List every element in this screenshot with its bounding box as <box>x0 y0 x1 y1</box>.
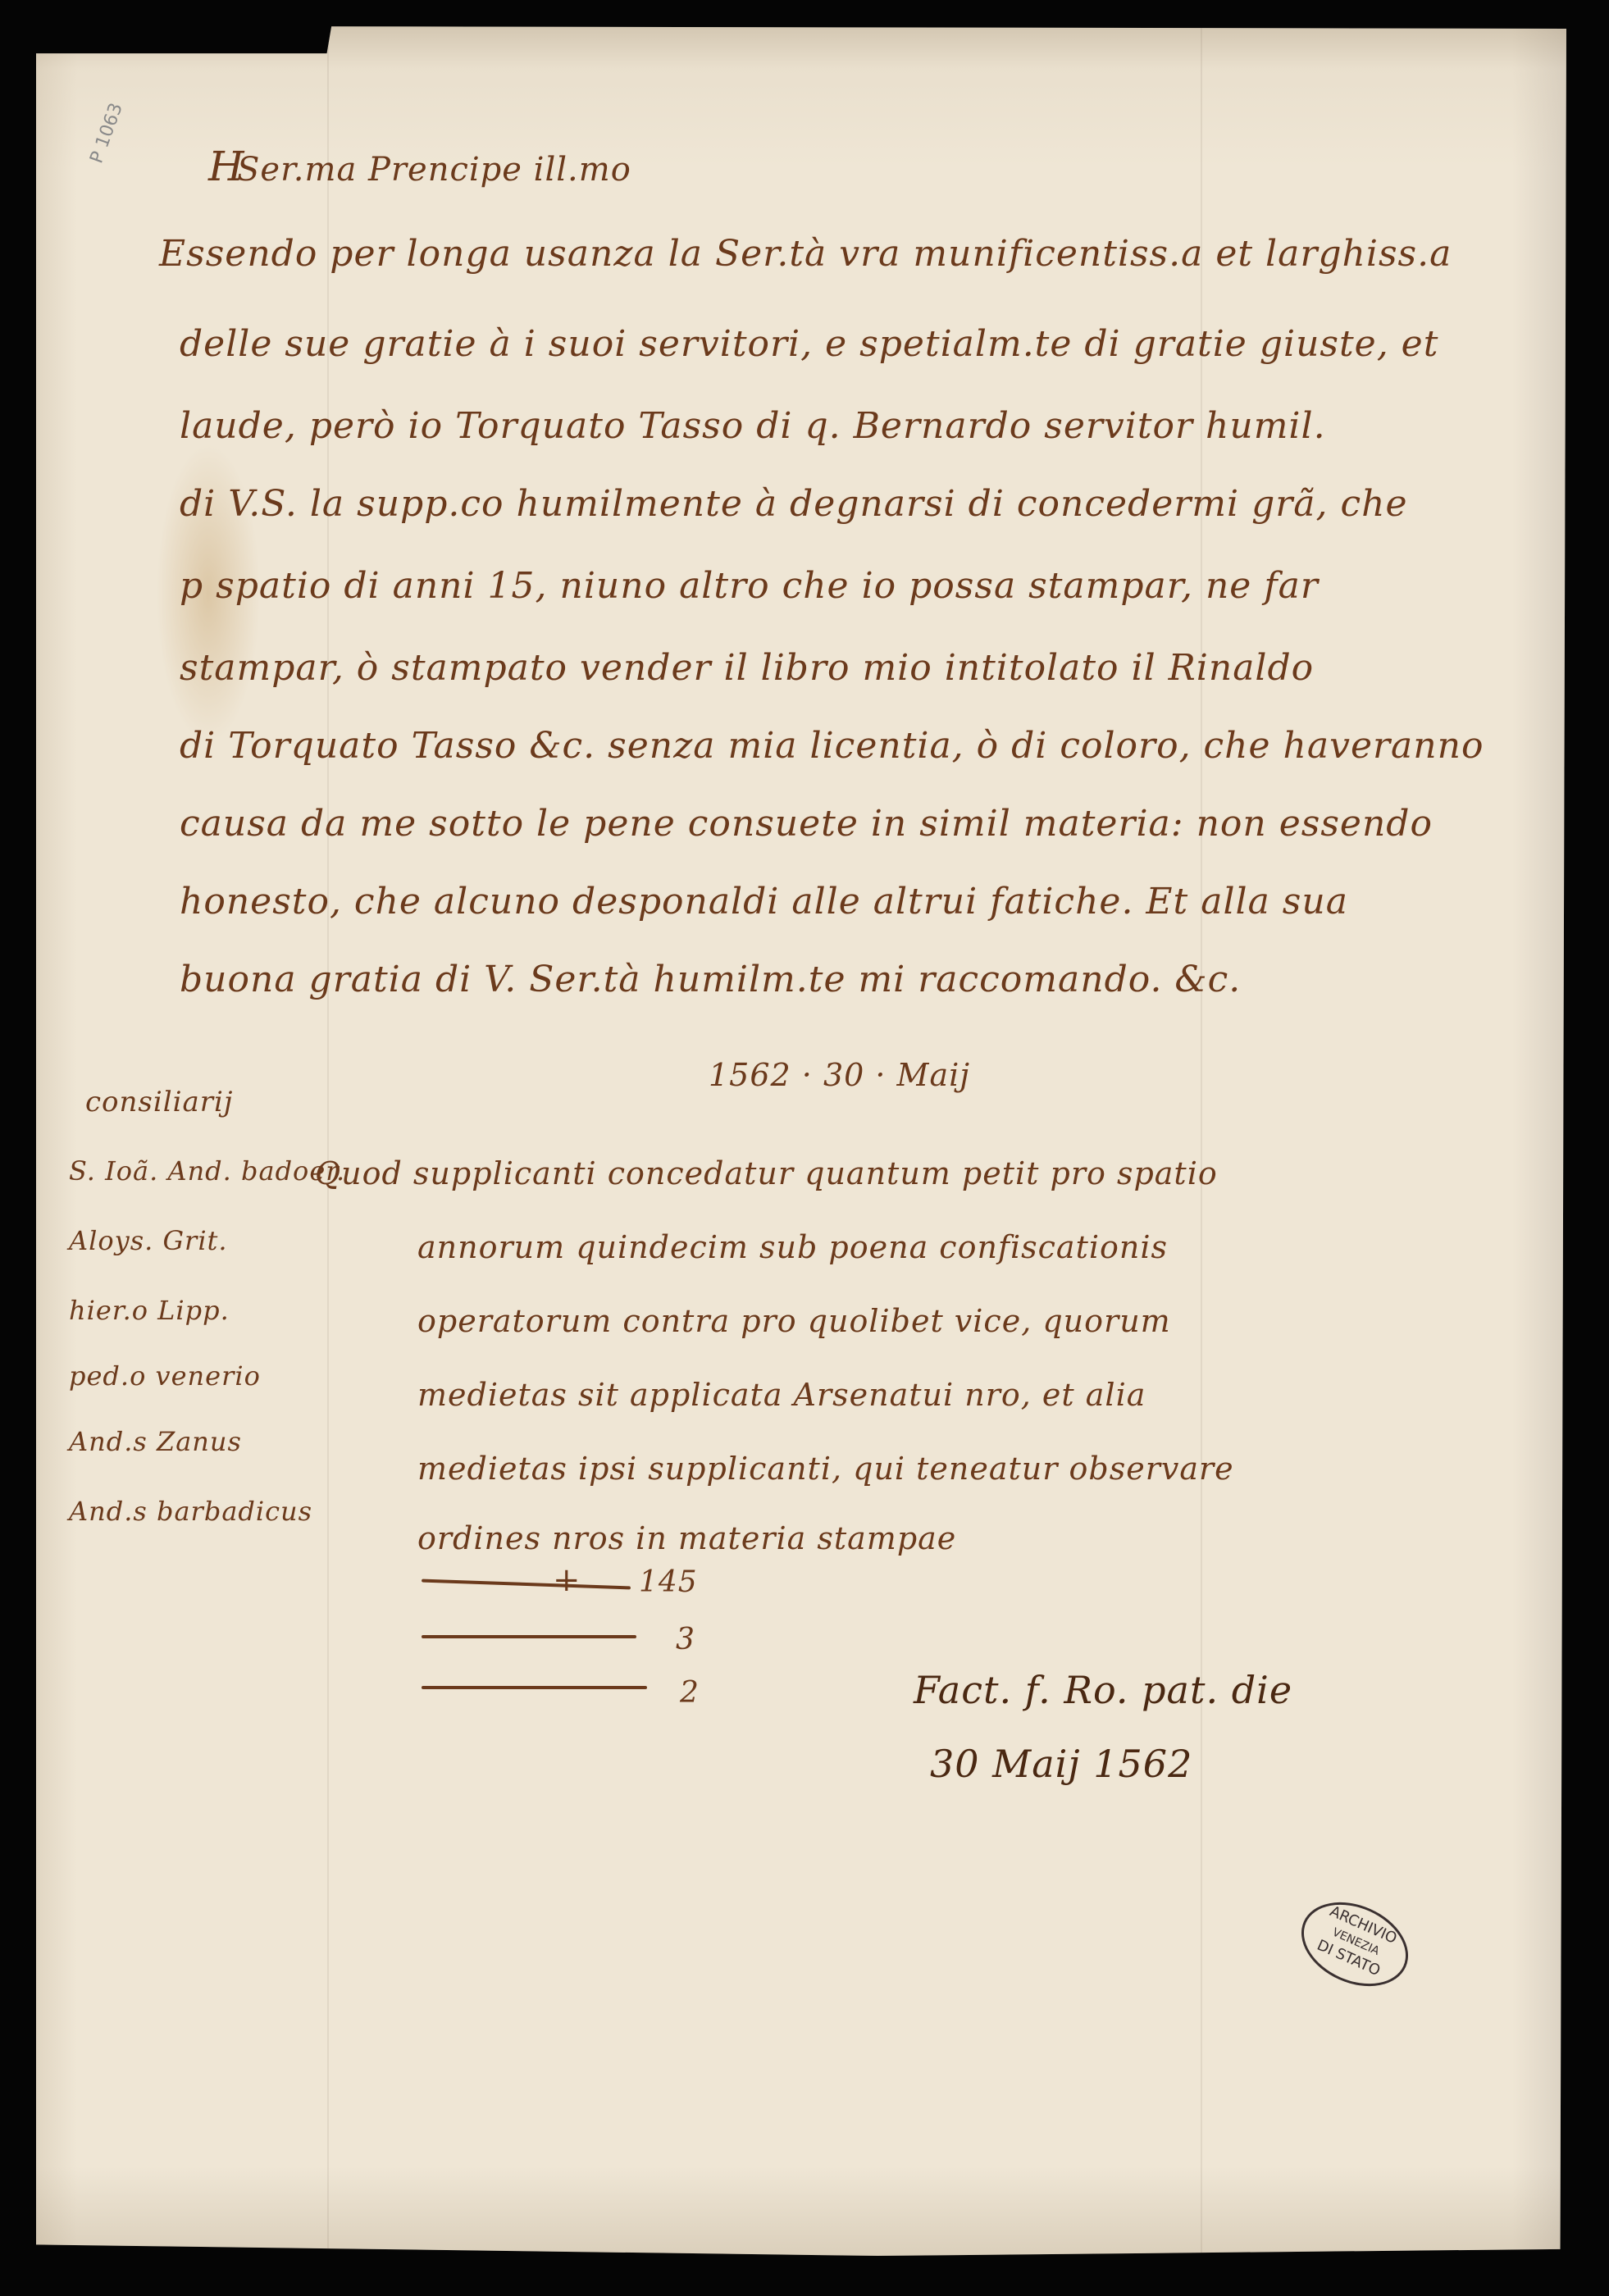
body-line: buona gratia di V. Ser.tà humilm.te mi r… <box>180 959 1241 1000</box>
date-line: 1562 · 30 · Maij <box>709 1057 970 1093</box>
archive-stamp: ARCHIVIO VENEZIA DI STATO <box>1288 1886 1421 2002</box>
decree-line: medietas sit applicata Arsenatui nro, et… <box>417 1377 1146 1413</box>
councillor: ped.o venerio <box>69 1360 261 1392</box>
councillor: Aloys. Grit. <box>69 1225 228 1256</box>
vote-count-abstain: 2 <box>680 1676 700 1710</box>
decree-line: ordines nros in materia stampae <box>417 1520 956 1556</box>
shelfmark: P 1063 <box>86 100 127 166</box>
vote-rule-no <box>422 1635 636 1638</box>
body-line: honesto, che alcuno desponaldi alle altr… <box>180 881 1348 922</box>
decree-line: annorum quindecim sub poena confiscation… <box>417 1229 1168 1265</box>
decree-line: Quod supplicanti concedatur quantum peti… <box>315 1155 1218 1191</box>
vote-rule-yes <box>422 1579 631 1590</box>
body-line: di Torquato Tasso &c. senza mia licentia… <box>180 725 1484 767</box>
councillor: And.s barbadicus <box>69 1496 312 1527</box>
councillor: S. Ioã. And. badoer. <box>69 1155 345 1187</box>
signature-line: Fact. f. Ro. pat. die <box>914 1668 1292 1712</box>
decree-line: operatorum contra pro quolibet vice, quo… <box>417 1303 1171 1339</box>
councillors-heading: consiliarij <box>85 1086 233 1118</box>
salutation: Ser.ma Prencipe ill.mo <box>237 151 631 189</box>
decree-line: medietas ipsi supplicanti, qui teneatur … <box>417 1451 1234 1487</box>
councillor: And.s Zanus <box>69 1426 242 1457</box>
councillor: hier.o Lipp. <box>69 1295 230 1326</box>
vote-count-no: 3 <box>676 1623 695 1656</box>
body-line: delle sue gratie à i suoi servitori, e s… <box>180 323 1438 365</box>
vote-count-yes: 145 <box>639 1565 698 1599</box>
body-line: di V.S. la supp.co humilmente à degnarsi… <box>180 483 1408 525</box>
signature-line: 30 Maij 1562 <box>930 1742 1192 1786</box>
body-line: stampar, ò stampato vender il libro mio … <box>180 647 1314 689</box>
manuscript-page: P 1063 H Ser.ma Prencipe ill.mo Essendo … <box>36 20 1566 2265</box>
body-line: causa da me sotto le pene consuete in si… <box>180 803 1433 845</box>
body-line: laude, però io Torquato Tasso di q. Bern… <box>180 405 1326 447</box>
body-line: Essendo per longa usanza la Ser.tà vra m… <box>159 233 1452 275</box>
plus-mark: + <box>553 1561 581 1599</box>
vote-rule-abstain <box>422 1686 647 1689</box>
body-line: p spatio di anni 15, niuno altro che io … <box>180 565 1319 607</box>
